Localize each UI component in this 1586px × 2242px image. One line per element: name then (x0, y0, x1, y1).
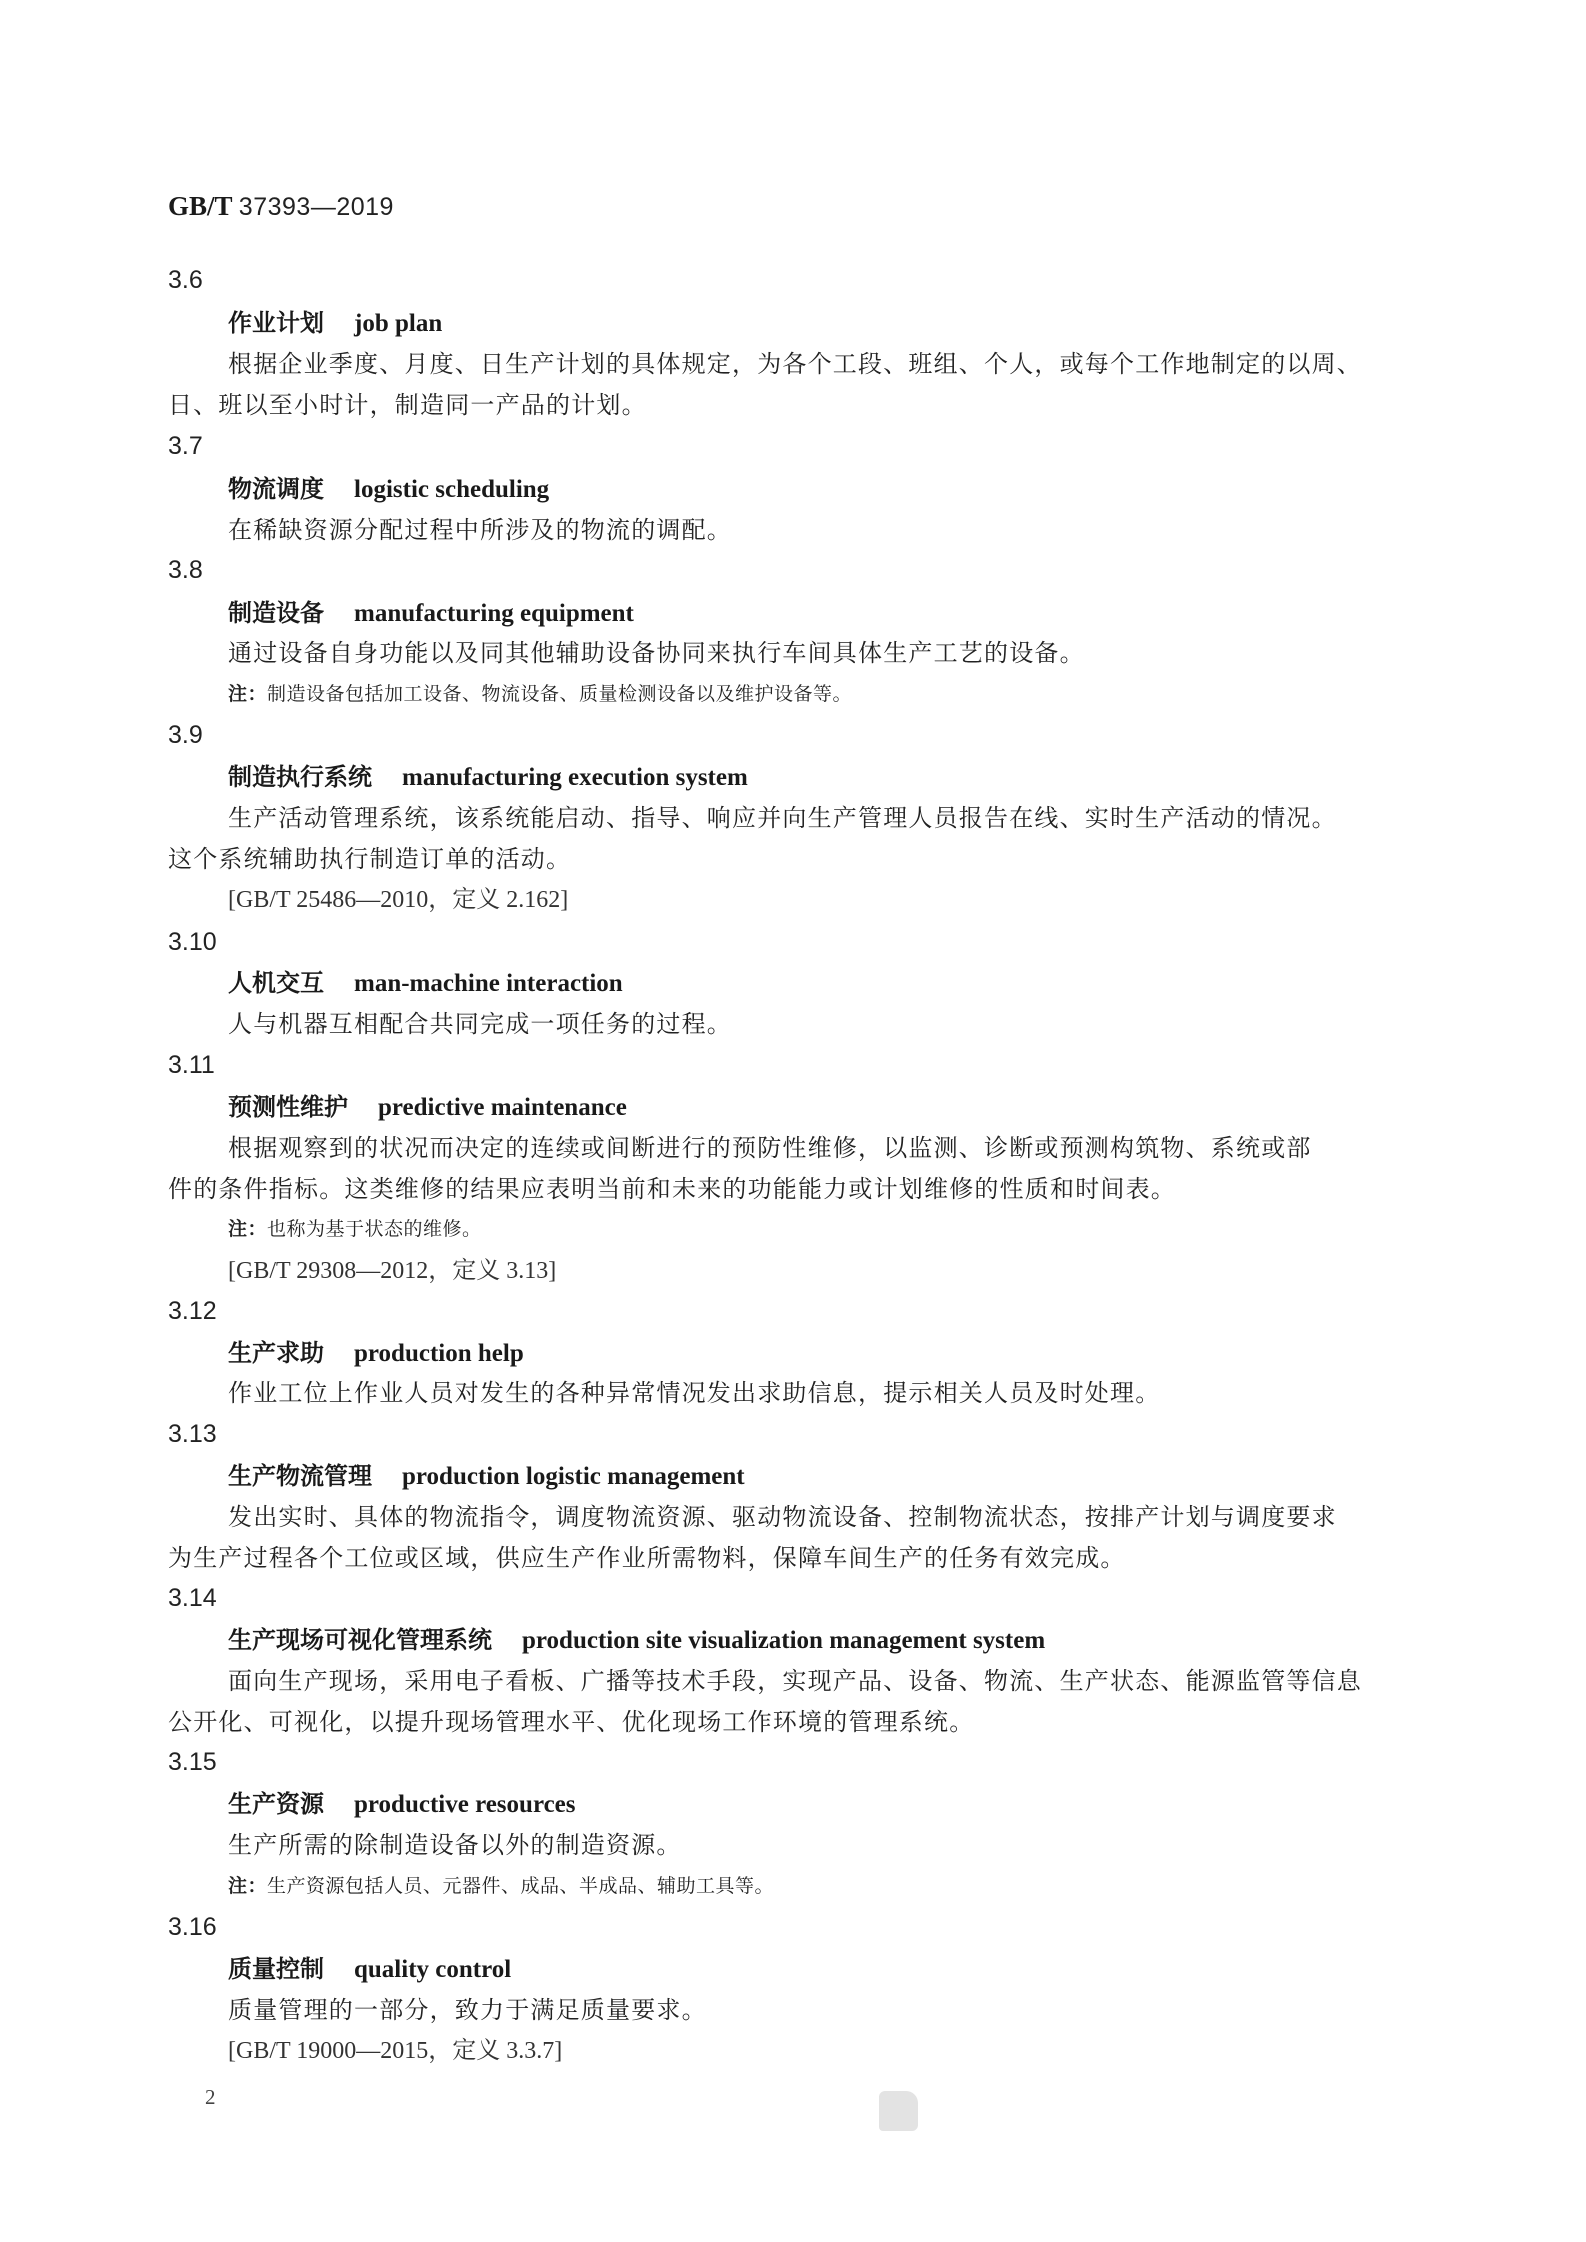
clause-number: 3.14 (168, 1586, 217, 1611)
definition-line: 生产所需的除制造设备以外的制造资源。 (228, 1833, 682, 1857)
term-heading: 预测性维护predictive maintenance (228, 1095, 627, 1120)
definition-line: 生产活动管理系统，该系统能启动、指导、响应并向生产管理人员报告在线、实时生产活动… (228, 806, 1337, 830)
source-reference: [GB/T 29308—2012，定义 3.13] (228, 1259, 556, 1283)
term-heading: 物流调度logistic scheduling (228, 477, 549, 502)
term-zh: 生产求助 (228, 1338, 324, 1367)
term-heading: 质量控制quality control (228, 1957, 511, 1982)
term-heading: 生产物流管理production logistic management (228, 1464, 745, 1489)
definition-line: 公开化、可视化，以提升现场管理水平、优化现场工作环境的管理系统。 (168, 1710, 974, 1734)
definition-line: 通过设备自身功能以及同其他辅助设备协同来执行车间具体生产工艺的设备。 (228, 641, 1085, 665)
clause-number: 3.8 (168, 558, 203, 583)
clause-number: 3.13 (168, 1422, 217, 1447)
term-zh: 预测性维护 (228, 1092, 348, 1121)
definition-line: 日、班以至小时计，制造同一产品的计划。 (168, 393, 647, 417)
note-text: 也称为基于状态的维修。 (267, 1218, 482, 1240)
definition-line: 根据观察到的状况而决定的连续或间断进行的预防性维修，以监测、诊断或预测构筑物、系… (228, 1136, 1312, 1160)
definition-line: 人与机器互相配合共同完成一项任务的过程。 (228, 1012, 732, 1036)
note: 注：制造设备包括加工设备、物流设备、质量检测设备以及维护设备等。 (228, 685, 852, 704)
definition-line: 件的条件指标。这类维修的结果应表明当前和未来的功能能力或计划维修的性质和时间表。 (168, 1177, 1176, 1201)
term-zh: 制造执行系统 (228, 762, 372, 791)
term-en: job plan (354, 310, 442, 337)
clause-number: 3.12 (168, 1299, 217, 1324)
clause-number: 3.16 (168, 1915, 217, 1940)
clause-number: 3.7 (168, 434, 203, 459)
term-en: manufacturing execution system (402, 764, 748, 791)
standard-prefix: GB/T (168, 191, 232, 221)
term-heading: 制造设备manufacturing equipment (228, 601, 634, 626)
definition-line: 面向生产现场，采用电子看板、广播等技术手段，实现产品、设备、物流、生产状态、能源… (228, 1669, 1362, 1693)
term-heading: 制造执行系统manufacturing execution system (228, 765, 748, 790)
scan-artifact (879, 2091, 918, 2131)
term-en: productive resources (354, 1791, 576, 1818)
note-text: 生产资源包括人员、元器件、成品、半成品、辅助工具等。 (267, 1875, 774, 1897)
clause-number: 3.9 (168, 723, 203, 748)
note: 注：也称为基于状态的维修。 (228, 1220, 482, 1239)
term-heading: 生产资源productive resources (228, 1792, 576, 1817)
term-zh: 生产物流管理 (228, 1461, 372, 1490)
clause-number: 3.6 (168, 268, 203, 293)
clause-number: 3.15 (168, 1750, 217, 1775)
term-zh: 人机交互 (228, 968, 324, 997)
note-label: 注： (228, 683, 267, 705)
definition-line: 发出实时、具体的物流指令，调度物流资源、驱动物流设备、控制物流状态，按排产计划与… (228, 1505, 1337, 1529)
term-en: manufacturing equipment (354, 600, 634, 627)
note-label: 注： (228, 1218, 267, 1240)
term-zh: 制造设备 (228, 598, 324, 627)
source-reference: [GB/T 25486—2010，定义 2.162] (228, 888, 568, 912)
term-en: production site visualization management… (522, 1627, 1045, 1654)
page-number: 2 (205, 2087, 216, 2108)
definition-line: 这个系统辅助执行制造订单的活动。 (168, 847, 571, 871)
definition-line: 根据企业季度、月度、日生产计划的具体规定，为各个工段、班组、个人，或每个工作地制… (228, 352, 1362, 376)
term-en: production logistic management (402, 1463, 745, 1490)
term-heading: 人机交互man-machine interaction (228, 971, 623, 996)
definition-line: 质量管理的一部分，致力于满足质量要求。 (228, 1998, 707, 2022)
definition-line: 为生产过程各个工位或区域，供应生产作业所需物料，保障车间生产的任务有效完成。 (168, 1546, 1126, 1570)
term-zh: 生产现场可视化管理系统 (228, 1625, 492, 1654)
definition-line: 在稀缺资源分配过程中所涉及的物流的调配。 (228, 518, 732, 542)
clause-number: 3.10 (168, 930, 217, 955)
term-zh: 物流调度 (228, 474, 324, 503)
note: 注：生产资源包括人员、元器件、成品、半成品、辅助工具等。 (228, 1877, 774, 1896)
term-heading: 生产现场可视化管理系统production site visualization… (228, 1628, 1045, 1653)
term-heading: 作业计划job plan (228, 311, 442, 336)
term-en: predictive maintenance (378, 1094, 627, 1121)
clause-number: 3.11 (168, 1053, 215, 1078)
term-heading: 生产求助production help (228, 1341, 524, 1366)
note-label: 注： (228, 1875, 267, 1897)
term-zh: 作业计划 (228, 308, 324, 337)
term-en: quality control (354, 1956, 511, 1983)
standard-number: 37393—2019 (239, 193, 394, 221)
document-header: GB/T 37393—2019 (168, 193, 394, 220)
term-en: man-machine interaction (354, 970, 623, 997)
note-text: 制造设备包括加工设备、物流设备、质量检测设备以及维护设备等。 (267, 683, 852, 705)
term-en: production help (354, 1340, 524, 1367)
definition-line: 作业工位上作业人员对发生的各种异常情况发出求助信息，提示相关人员及时处理。 (228, 1381, 1160, 1405)
source-reference: [GB/T 19000—2015，定义 3.3.7] (228, 2039, 562, 2063)
term-zh: 生产资源 (228, 1789, 324, 1818)
term-en: logistic scheduling (354, 476, 549, 503)
term-zh: 质量控制 (228, 1954, 324, 1983)
